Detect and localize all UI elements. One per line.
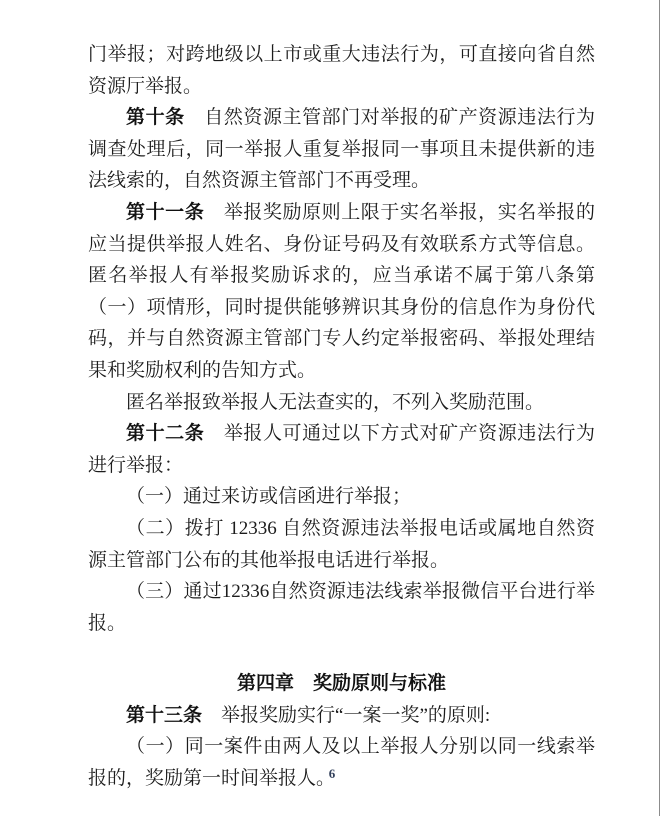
article-11-label: 第十一条 <box>126 202 204 223</box>
paragraph-article-10: 第十条 自然资源主管部门对举报的矿产资源违法行为调查处理后，同一举报人重复举报同… <box>88 102 595 197</box>
paragraph-article-11: 第十一条 举报奖励原则上限于实名举报，实名举报的应当提供举报人姓名、身份证号码及… <box>88 197 595 387</box>
article-10-label: 第十条 <box>126 107 185 128</box>
chapter-heading: 第四章 奖励原则与标准 <box>88 668 595 700</box>
paragraph-article-12: 第十二条 举报人可通过以下方式对矿产资源违法行为进行举报： <box>88 418 595 481</box>
paragraph-text: （一）通过来访或信函进行举报； <box>126 486 411 507</box>
paragraph-text: （三）通过12336自然资源违法线索举报微信平台进行举报。 <box>88 581 595 634</box>
paragraph-text: 举报奖励实行“一案一奖”的原则: <box>202 705 490 726</box>
paragraph-article-13: 第十三条 举报奖励实行“一案一奖”的原则: <box>88 700 595 732</box>
paragraph-anonymous-note: 匿名举报致举报人无法查实的，不列入奖励范围。 <box>88 387 595 419</box>
document-body: 门举报；对跨地级以上市或重大违法行为，可直接向省自然资源厅举报。 第十条 自然资… <box>88 39 595 795</box>
list-item-article-12-3: （三）通过12336自然资源违法线索举报微信平台进行举报。 <box>88 576 595 639</box>
paragraph-text: 举报奖励原则上限于实名举报，实名举报的应当提供举报人姓名、身份证号码及有效联系方… <box>88 202 595 381</box>
paragraph-text: 匿名举报致举报人无法查实的，不列入奖励范围。 <box>126 392 544 413</box>
page-right-border <box>659 0 660 816</box>
list-item-article-12-1: （一）通过来访或信函进行举报； <box>88 481 595 513</box>
article-12-label: 第十二条 <box>126 423 204 444</box>
paragraph-continuation: 门举报；对跨地级以上市或重大违法行为，可直接向省自然资源厅举报。 <box>88 39 595 102</box>
document-page: 门举报；对跨地级以上市或重大违法行为，可直接向省自然资源厅举报。 第十条 自然资… <box>0 0 664 816</box>
page-number: 6 <box>0 766 664 782</box>
list-item-article-12-2: （二）拨打 12336 自然资源违法举报电话或属地自然资源主管部门公布的其他举报… <box>88 513 595 576</box>
article-13-label: 第十三条 <box>126 705 202 726</box>
paragraph-text: 门举报；对跨地级以上市或重大违法行为，可直接向省自然资源厅举报。 <box>88 44 595 97</box>
list-item-article-13-1: （一）同一案件由两人及以上举报人分别以同一线索举报的，奖励第一时间举报人。 <box>88 731 595 794</box>
paragraph-text: （二）拨打 12336 自然资源违法举报电话或属地自然资源主管部门公布的其他举报… <box>88 518 595 571</box>
